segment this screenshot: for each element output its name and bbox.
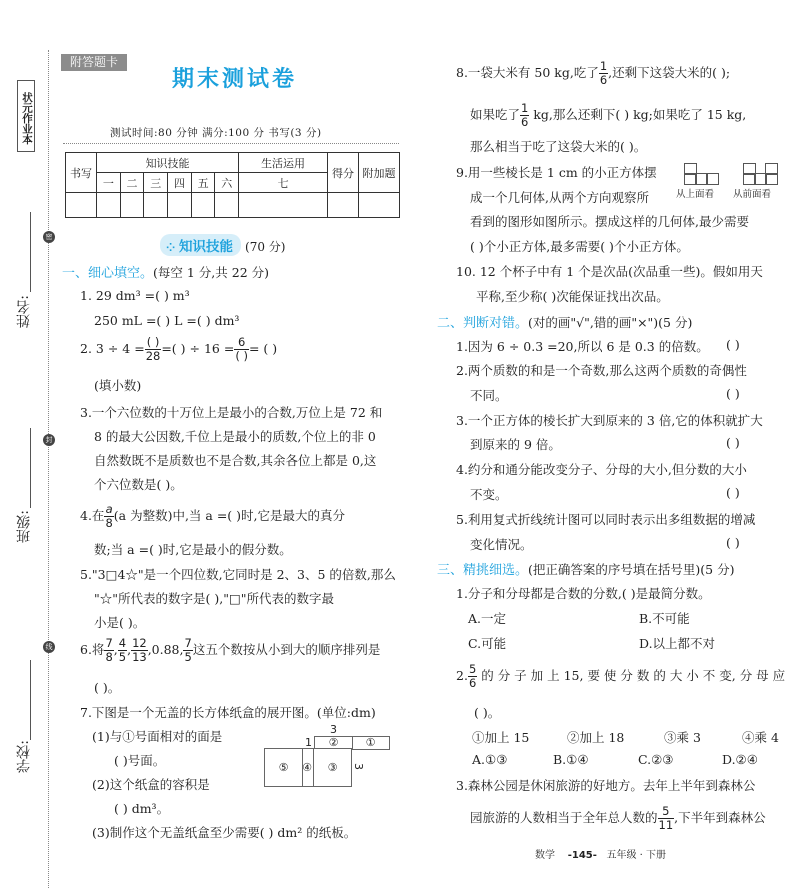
top-view-label: 从上面看: [676, 186, 714, 200]
col-bonus: 附加题: [359, 153, 400, 193]
fraction: 1213: [131, 637, 148, 664]
judge-blank[interactable]: ( ): [726, 535, 740, 550]
score-table: 书写 知识技能 生活运用 得分 附加题 一 二 三 四 五 六 七: [65, 152, 400, 218]
q2-prefix: 2. 3 ÷ 4 =: [80, 341, 145, 356]
dim-left: 1: [305, 736, 312, 749]
q9-line: 成一个几何体,从两个方向观察所: [470, 188, 649, 206]
answer-card-tag: 附答题卡: [61, 54, 127, 71]
q2-mid: =( ) ÷ 16 =: [161, 341, 234, 356]
q4-prefix: 4.在: [80, 508, 104, 523]
col-writing: 书写: [66, 153, 97, 193]
q6-decimal: ,0.88,: [148, 642, 184, 657]
score-cell[interactable]: [239, 193, 328, 218]
class-field[interactable]: 班级:: [14, 510, 34, 543]
q3-line: 个六位数是( )。: [94, 475, 183, 493]
q5-line: 小是( )。: [94, 613, 145, 631]
option-c[interactable]: C.可能: [468, 634, 506, 652]
face-4: ④: [301, 748, 314, 787]
q3-pre: 园旅游的人数相当于全年总人数的: [470, 810, 658, 825]
section-header: ⁘ 知识技能 (70 分): [160, 234, 285, 256]
q7-s3: (3)制作这个无盖纸盒至少需要( ) dm² 的纸板。: [92, 823, 356, 841]
part2-title: 二、判断对错。: [437, 316, 528, 331]
fraction: a8: [104, 503, 113, 530]
judge-blank[interactable]: ( ): [726, 485, 740, 500]
choice-q2: 2.56 的 分 子 加 上 15, 要 使 分 数 的 大 小 不 变, 分 …: [456, 663, 785, 690]
judge-blank[interactable]: ( ): [726, 386, 740, 401]
score-cell[interactable]: [168, 193, 192, 218]
judge-4b: 不变。: [470, 485, 508, 503]
front-view-label: 从前面看: [733, 186, 771, 200]
score-cell[interactable]: [97, 193, 121, 218]
judge-3b: 到原来的 9 倍。: [470, 435, 561, 453]
score-cell[interactable]: [191, 193, 215, 218]
q8-post: ,还剩下这袋大米的( );: [608, 65, 730, 80]
fraction: 56: [468, 663, 477, 690]
page-title: 期末测试卷: [172, 62, 297, 93]
q2-prefix: 2.: [456, 668, 468, 683]
q7-s2b: ( ) dm³。: [114, 799, 169, 817]
judge-5: 5.利用复式折线统计图可以同时表示出多组数据的增减: [456, 510, 755, 528]
name-rule: [30, 212, 31, 292]
fraction: 16: [599, 60, 608, 87]
option-b[interactable]: B.①④: [553, 752, 589, 767]
fraction: 511: [658, 805, 675, 832]
part3-note: (把正确答案的序号填在括号里)(5 分): [528, 562, 734, 577]
choice-item: ④乘 4: [742, 728, 779, 746]
q6: 6.将78,45,1213,0.88,75这五个数按从小到大的顺序排列是: [80, 637, 380, 664]
fraction: 6( ): [234, 336, 249, 363]
q6-prefix: 6.将: [80, 642, 104, 657]
four-dot-icon: ⁘: [166, 241, 179, 254]
fraction: 45: [118, 637, 127, 664]
q4: 4.在a8(a 为整数)中,当 a =( )时,它是最大的真分: [80, 503, 345, 530]
part1-title: 一、细心填空。: [62, 266, 153, 281]
q6-rest: 这五个数按从小到大的顺序排列是: [193, 642, 381, 657]
col-1: 一: [97, 173, 121, 193]
option-d[interactable]: D.以上都不对: [639, 634, 715, 652]
q5-line: 5."3□4☆"是一个四位数,它同时是 2、3、5 的倍数,那么: [80, 565, 396, 583]
q9-line: ( )个小正方体,最多需要( )个小正方体。: [470, 237, 689, 255]
q3-line: 自然数既不是质数也不是合数,其余各位上都是 0,这: [94, 451, 376, 469]
score-cell[interactable]: [66, 193, 97, 218]
dim-right: 3: [352, 763, 365, 770]
choice-item: ①加上 15: [472, 728, 529, 746]
score-cell[interactable]: [328, 193, 359, 218]
judge-5b: 变化情况。: [470, 535, 533, 553]
dim-top: 3: [330, 723, 337, 736]
q5-line: "☆"所代表的数字是( ),"□"所代表的数字最: [94, 589, 334, 607]
q4-rest: (a 为整数)中,当 a =( )时,它是最大的真分: [114, 508, 345, 523]
footer-grade: 五年级 · 下册: [606, 850, 666, 861]
face-2: ②: [314, 736, 353, 749]
option-b[interactable]: B.不可能: [639, 609, 690, 627]
face-5: ⑤: [264, 748, 303, 787]
choice-item: ②加上 18: [567, 728, 624, 746]
seal-xian: 线: [43, 641, 55, 653]
q2-end: = ( ): [249, 341, 277, 356]
judge-3: 3.一个正方体的棱长扩大到原来的 3 倍,它的体积就扩大: [456, 411, 763, 429]
q8-l2-pre: 如果吃了: [470, 107, 520, 122]
q10-line: 10. 12 个杯子中有 1 个是次品(次品重一些)。假如用天: [456, 262, 763, 280]
group-life: 生活运用: [239, 153, 328, 173]
part2-note: (对的画"√",错的画"×")(5 分): [528, 315, 692, 330]
q8-line1: 8.一袋大米有 50 kg,吃了16,还剩下这袋大米的( );: [456, 60, 730, 87]
choice-q3-line1: 3.森林公园是休闲旅游的好地方。去年上半年到森林公: [456, 776, 755, 794]
judge-2: 2.两个质数的和是一个奇数,那么这两个质数的奇偶性: [456, 361, 747, 379]
q7-s1b: ( )号面。: [114, 751, 165, 769]
page-number: -145-: [568, 850, 597, 861]
q3-line: 8 的最大公因数,千位上是最小的质数,个位上的非 0: [94, 427, 376, 445]
exam-meta: 测试时间:80 分钟 满分:100 分 书写(3 分): [110, 125, 322, 140]
divider: [63, 143, 399, 144]
q9-line: 看到的图形如图所示。摆成这样的几何体,最少需要: [470, 212, 749, 230]
fraction: ( )28: [145, 336, 162, 363]
q2-note: (填小数): [94, 376, 141, 394]
q1b: 250 mL =( ) L =( ) dm³: [94, 313, 239, 328]
score-cell[interactable]: [120, 193, 144, 218]
page-footer: 数学 -145- 五年级 · 下册: [535, 846, 666, 861]
q9-line: 9.用一些棱长是 1 cm 的小正方体摆: [456, 163, 657, 181]
judge-blank[interactable]: ( ): [726, 337, 740, 352]
q1a: 1. 29 dm³ =( ) m³: [80, 288, 190, 303]
q3-line: 3.一个六位数的十万位上是最小的合数,万位上是 72 和: [80, 403, 382, 421]
section-points: (70 分): [245, 240, 285, 254]
score-cell[interactable]: [215, 193, 239, 218]
choice-q1: 1.分子和分母都是合数的分数,( )是最简分数。: [456, 584, 711, 602]
q7-s1a: (1)与①号面相对的面是: [92, 727, 222, 745]
school-field[interactable]: 学校:: [14, 740, 34, 773]
col-6: 六: [215, 173, 239, 193]
group-knowledge: 知识技能: [97, 153, 239, 173]
school-rule: [30, 660, 31, 740]
q7-s2a: (2)这个纸盒的容积是: [92, 775, 210, 793]
q10-line: 平称,至少称( )次能保证找出次品。: [476, 287, 669, 305]
col-score: 得分: [328, 153, 359, 193]
q8-line3: 那么相当于吃了这袋大米的( )。: [470, 137, 646, 155]
judge-4: 4.约分和通分能改变分子、分母的大小,但分数的大小: [456, 460, 747, 478]
option-c[interactable]: C.②③: [638, 752, 674, 767]
binding-line: [48, 50, 49, 888]
judge-blank[interactable]: ( ): [726, 435, 740, 450]
choice-item: ③乘 3: [664, 728, 701, 746]
q2: 2. 3 ÷ 4 =( )28=( ) ÷ 16 =6( )= ( ): [80, 336, 277, 363]
option-d[interactable]: D.②④: [722, 752, 758, 767]
col-3: 三: [144, 173, 168, 193]
score-cell[interactable]: [144, 193, 168, 218]
series-label: 状元作业本: [17, 80, 35, 152]
option-a[interactable]: A.①③: [472, 752, 507, 767]
fraction: 16: [520, 102, 529, 129]
q8-pre: 8.一袋大米有 50 kg,吃了: [456, 65, 599, 80]
col-2: 二: [120, 173, 144, 193]
q2-rest: 的 分 子 加 上 15, 要 使 分 数 的 大 小 不 变, 分 母 应: [477, 668, 785, 683]
class-rule: [30, 428, 31, 508]
part1-note: (每空 1 分,共 22 分): [153, 265, 269, 280]
face-1: ①: [352, 736, 390, 750]
col-7: 七: [239, 173, 328, 193]
q8-l2-post: kg,那么还剩下( ) kg;如果吃了 15 kg,: [529, 107, 746, 122]
footer-subject: 数学: [535, 850, 555, 861]
q6-line2: ( )。: [94, 678, 120, 696]
face-3: ③: [314, 748, 352, 787]
choice-q3-line2: 园旅游的人数相当于全年总人数的511,下半年到森林公: [470, 805, 766, 832]
col-5: 五: [191, 173, 215, 193]
option-a[interactable]: A.一定: [468, 609, 506, 627]
part3-title: 三、精挑细选。: [437, 563, 528, 578]
score-cell[interactable]: [359, 193, 400, 218]
fraction: 75: [183, 637, 192, 664]
fraction: 78: [104, 637, 113, 664]
judge-1: 1.因为 6 ÷ 0.3 =20,所以 6 是 0.3 的倍数。: [456, 337, 709, 355]
seal-feng: 封: [43, 434, 55, 446]
name-field[interactable]: 姓名:: [14, 295, 34, 328]
col-4: 四: [168, 173, 192, 193]
q4-line2: 数;当 a =( )时,它是最小的假分数。: [94, 540, 292, 558]
choice-q2-blank[interactable]: ( )。: [474, 703, 500, 721]
judge-2b: 不同。: [470, 386, 508, 404]
seal-mi: 密: [43, 231, 55, 243]
q3-post: ,下半年到森林公: [674, 810, 765, 825]
section-label: 知识技能: [179, 239, 233, 255]
q8-line2: 如果吃了16 kg,那么还剩下( ) kg;如果吃了 15 kg,: [470, 102, 746, 129]
q7-stem: 7.下图是一个无盖的长方体纸盒的展开图。(单位:dm): [80, 703, 376, 721]
